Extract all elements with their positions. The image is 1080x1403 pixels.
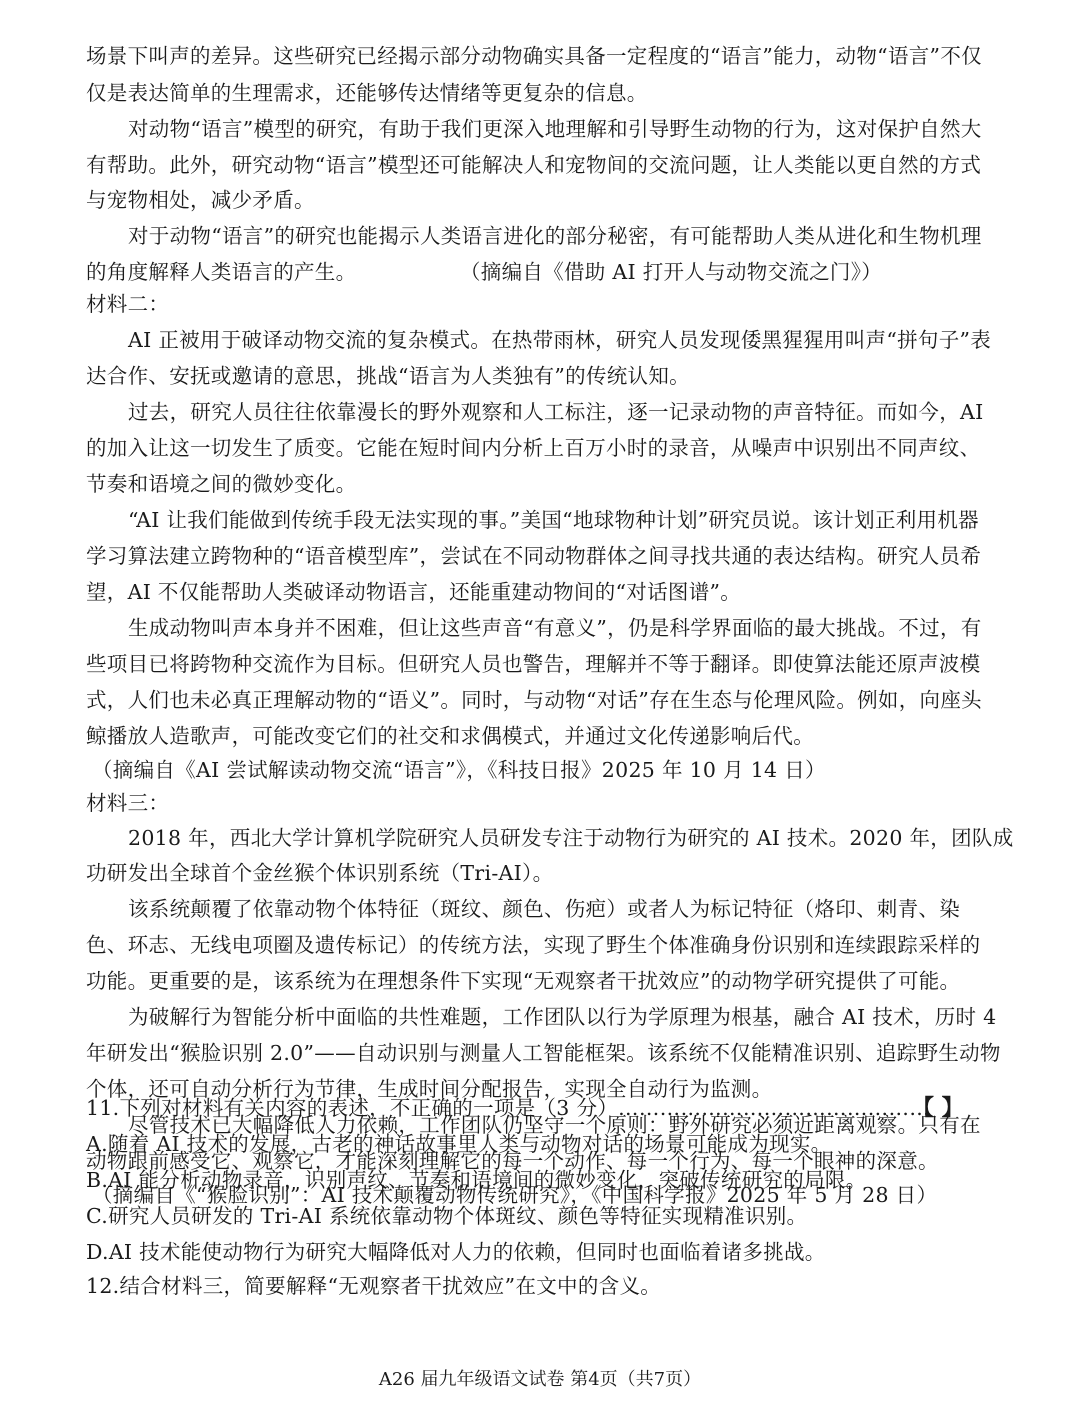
- paragraph-line: 过去，研究人员往往依靠漫长的野外观察和人工标注，逐一记录动物的声音特征。而如今，…: [128, 398, 996, 426]
- question-11-stem: 11.下列对材料有关内容的表述，不正确的一项是（3 分）…………………………………: [86, 1094, 996, 1122]
- option-a: A.随着 AI 技术的发展，古老的神话故事里人类与动物对话的场景可能成为现实。: [86, 1130, 996, 1158]
- paragraph-line: “AI 让我们能做到传统手段无法实现的事。”美国“地球物种计划”研究员说。该计划…: [128, 506, 996, 534]
- paragraph-line: 达合作、安抚或邀请的意思，挑战“语言为人类独有”的传统认知。: [86, 362, 996, 390]
- paragraph-line: 望，AI 不仅能帮助人类破译动物语言，还能重建动物间的“对话图谱”。: [86, 578, 996, 606]
- paragraph-line: 有帮助。此外，研究动物“语言”模型还可能解决人和宠物间的交流问题，让人类能以更自…: [86, 151, 996, 179]
- question-12-stem: 12.结合材料三，简要解释“无观察者干扰效应”在文中的含义。: [86, 1272, 996, 1300]
- paragraph-line: 场景下叫声的差异。这些研究已经揭示部分动物确实具备一定程度的“语言”能力，动物“…: [86, 42, 996, 70]
- paragraph-line: 为破解行为智能分析中面临的共性难题，工作团队以行为学原理为根基，融合 AI 技术…: [128, 1003, 996, 1031]
- paragraph-line: 该系统颠覆了依靠动物个体特征（斑纹、颜色、伤疤）或者人为标记特征（烙印、刺青、染: [128, 895, 996, 923]
- exam-page: 场景下叫声的差异。这些研究已经揭示部分动物确实具备一定程度的“语言”能力，动物“…: [0, 0, 1080, 1403]
- material-label: 材料二：: [86, 290, 996, 318]
- paragraph-line: 节奏和语境之间的微妙变化。: [86, 470, 996, 498]
- source-citation: （摘编自《AI 尝试解读动物交流“语言”》，《科技日报》2025 年 10 月 …: [92, 756, 1002, 784]
- paragraph-line: 对动物“语言”模型的研究，有助于我们更深入地理解和引导野生动物的行为，这对保护自…: [128, 115, 996, 143]
- paragraph-line: 的加入让这一切发生了质变。它能在短时间内分析上百万小时的录音，从噪声中识别出不同…: [86, 434, 996, 462]
- paragraph-line: 鲸播放人造歌声，可能改变它们的社交和求偶模式，并通过文化传递影响后代。: [86, 722, 996, 750]
- paragraph-line: 生成动物叫声本身并不困难，但让这些声音“有意义”，仍是科学界面临的最大挑战。不过…: [128, 614, 996, 642]
- paragraph-line: 2018 年，西北大学计算机学院研究人员研发专注于动物行为研究的 AI 技术。2…: [128, 824, 996, 852]
- page-footer: A26 届九年级语文试卷 第4页（共7页）: [0, 1368, 1080, 1392]
- paragraph-line: 些项目已将跨物种交流作为目标。但研究人员也警告，理解并不等于翻译。即使算法能还原…: [86, 650, 996, 678]
- paragraph-line: 式，人们也未必真正理解动物的“语义”。同时，与动物“对话”存在生态与伦理风险。例…: [86, 686, 996, 714]
- source-citation: （摘编自《借助 AI 打开人与动物交流之门》）: [460, 258, 1080, 286]
- option-b: B.AI 能分析动物录音，识别声纹、节奏和语境间的微妙变化，突破传统研究的局限。: [86, 1166, 996, 1194]
- paragraph-line: AI 正被用于破译动物交流的复杂模式。在热带雨林，研究人员发现倭黑猩猩用叫声“拼…: [128, 326, 996, 354]
- paragraph-line: 色、环志、无线电项圈及遗传标记）的传统方法，实现了野生个体准确身份识别和连续跟踪…: [86, 931, 996, 959]
- option-c: C.研究人员研发的 Tri-AI 系统依靠动物个体斑纹、颜色等特征实现精准识别。: [86, 1202, 996, 1230]
- paragraph-line: 年研发出“猴脸识别 2.0”——自动识别与测量人工智能框架。该系统不仅能精准识别…: [86, 1039, 996, 1067]
- paragraph-line: 功能。更重要的是，该系统为在理想条件下实现“无观察者干扰效应”的动物学研究提供了…: [86, 967, 996, 995]
- paragraph-line: 对于动物“语言”的研究也能揭示人类语言进化的部分秘密，有可能帮助人类从进化和生物…: [128, 222, 996, 250]
- paragraph-line: 功研发出全球首个金丝猴个体识别系统（Tri-AI）。: [86, 859, 996, 887]
- answer-bracket[interactable]: 【 】: [912, 1094, 964, 1122]
- paragraph-line: 仅是表达简单的生理需求，还能够传达情绪等更复杂的信息。: [86, 79, 996, 107]
- option-d: D.AI 技术能使动物行为研究大幅降低对人力的依赖，但同时也面临着诸多挑战。: [86, 1238, 996, 1266]
- paragraph-line: 学习算法建立跨物种的“语音模型库”，尝试在不同动物群体之间寻找共通的表达结构。研…: [86, 542, 996, 570]
- material-label: 材料三：: [86, 789, 996, 817]
- paragraph-line: 与宠物相处，减少矛盾。: [86, 186, 996, 214]
